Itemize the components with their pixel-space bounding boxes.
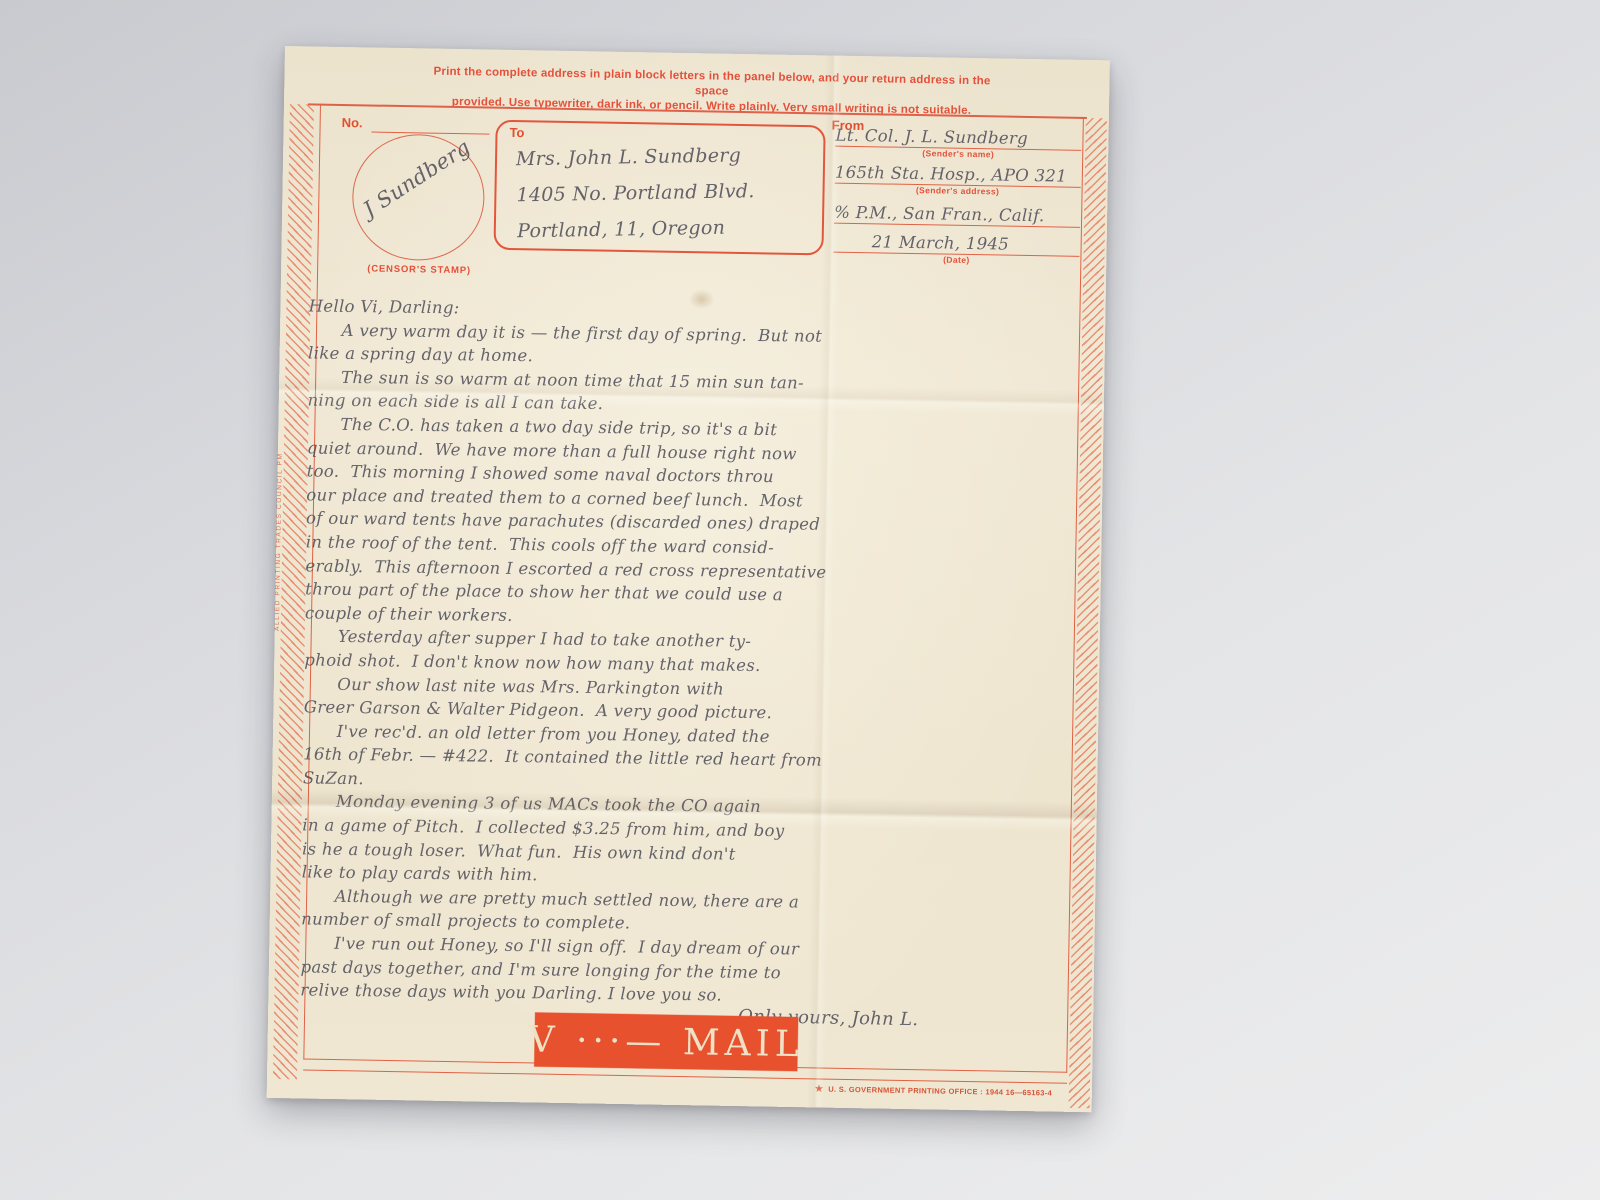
sender-name-row: Lt. Col. J. L. Sundberg (Sender's name) <box>835 126 1082 161</box>
no-label: No. <box>342 115 363 130</box>
date-row: 21 March, 1945 (Date) <box>833 232 1080 267</box>
photo-background: Print the complete address in plain bloc… <box>0 0 1600 1200</box>
to-address: Mrs. John L. Sundberg 1405 No. Portland … <box>516 136 818 249</box>
to-address-line: 1405 No. Portland Blvd. <box>516 172 817 213</box>
from-address-panel: Lt. Col. J. L. Sundberg (Sender's name) … <box>833 126 1081 267</box>
to-address-panel: To Mrs. John L. Sundberg 1405 No. Portla… <box>493 120 825 256</box>
gpo-fine-print-text: U. S. GOVERNMENT PRINTING OFFICE : 1944 … <box>828 1085 1052 1098</box>
bottom-double-rule <box>303 1069 1067 1084</box>
gpo-fine-print: ★U. S. GOVERNMENT PRINTING OFFICE : 1944… <box>815 1083 1052 1098</box>
vmail-logo: V ···— MAIL <box>528 1019 804 1065</box>
vmail-banner: V ···— MAIL <box>534 1013 798 1072</box>
paper-stain <box>688 289 714 309</box>
to-address-line: Portland, 11, Oregon <box>517 208 818 249</box>
vmail-letter-sheet: Print the complete address in plain bloc… <box>267 46 1110 1112</box>
sender-address2-row: % P.M., San Fran., Calif. <box>834 203 1080 228</box>
to-address-line: Mrs. John L. Sundberg <box>516 136 817 177</box>
to-label: To <box>509 125 524 140</box>
sender-address-row: 165th Sta. Hosp., APO 321 (Sender's addr… <box>835 163 1082 198</box>
